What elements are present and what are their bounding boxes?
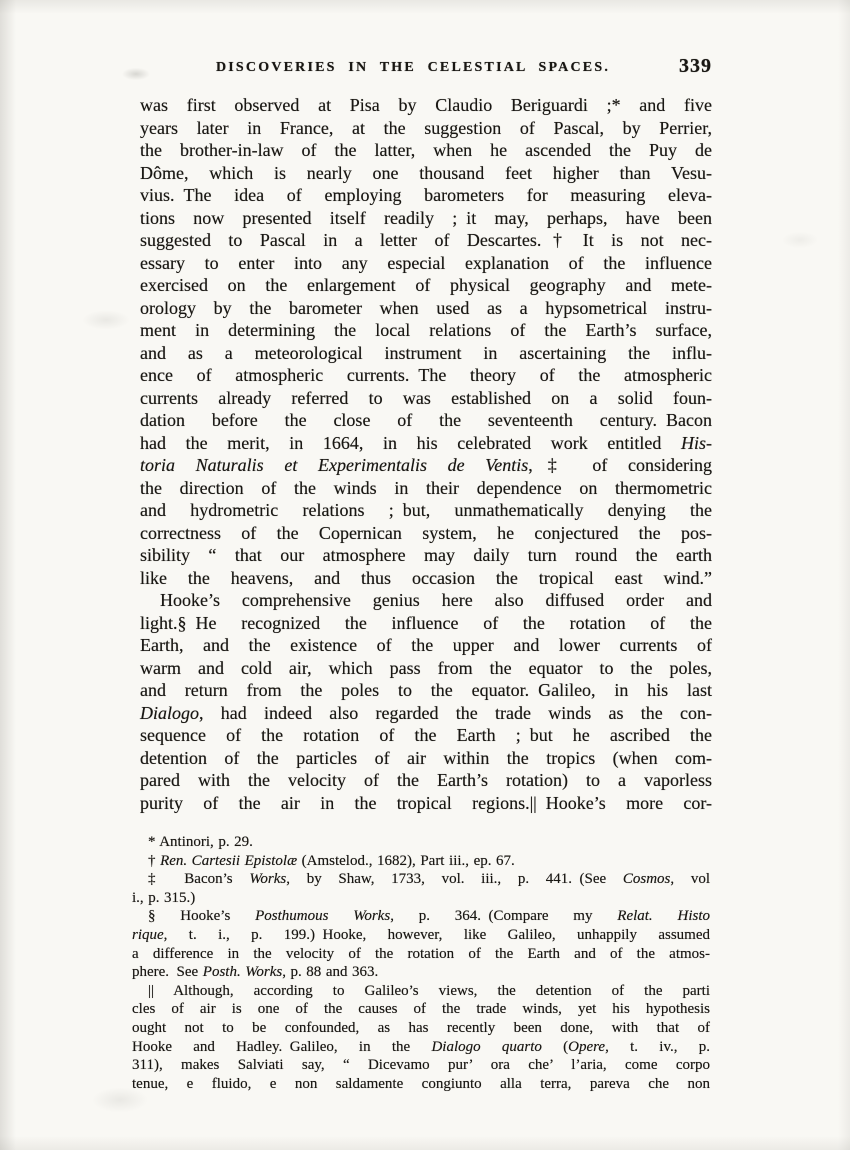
body-text-line: vius. The idea of employing barometers f… <box>140 184 712 207</box>
text-segment: , vol <box>670 871 710 887</box>
italic-text-segment: Dialogo quarto <box>431 1039 541 1055</box>
text-segment: * Antinori, p. 29. <box>148 834 253 850</box>
text-segment: , t. iv., p. <box>605 1039 710 1055</box>
italic-text-segment: Relat. Histo <box>617 908 710 924</box>
text-segment: , t. i., p. 199.) Hooke, however, like G… <box>164 927 710 943</box>
body-text-block: was first observed at Pisa by Claudio Be… <box>140 94 712 814</box>
text-segment: exercised on the enlargement of physical… <box>140 275 712 295</box>
body-text-line: detention of the particles of air within… <box>140 747 712 770</box>
body-text-line: had the merit, in 1664, in his celebrate… <box>140 432 712 455</box>
body-text-line: and hydrometric relations ; but, unmathe… <box>140 499 712 522</box>
text-segment: † <box>148 853 160 869</box>
body-text-line: Earth, and the existence of the upper an… <box>140 634 712 657</box>
text-segment: ought not to be confounded, as has recen… <box>132 1020 710 1036</box>
text-segment: was first observed at Pisa by Claudio Be… <box>140 95 712 115</box>
footnote-line: rique, t. i., p. 199.) Hooke, however, l… <box>132 926 710 945</box>
italic-text-segment: Dialogo <box>140 703 199 723</box>
text-segment: Hooke’s comprehensive genius here also d… <box>160 590 712 610</box>
body-text-line: currents already referred to was establi… <box>140 387 712 410</box>
footnote-line: 311), makes Salviati say, “ Dicevamo pur… <box>132 1056 710 1075</box>
footnote-line: cles of air is one of the causes of the … <box>132 1000 710 1019</box>
body-text-line: and as a meteorological instrument in as… <box>140 342 712 365</box>
text-segment: phere. See <box>132 964 203 980</box>
body-text-line: correctness of the Copernican system, he… <box>140 522 712 545</box>
italic-text-segment: rique <box>132 927 164 943</box>
body-text-line: toria Naturalis et Experimentalis de Ven… <box>140 454 712 477</box>
text-segment: years later in France, at the suggestion… <box>140 118 712 138</box>
text-segment: sibility “ that our atmosphere may daily… <box>140 545 712 565</box>
footnote-line: || Although, according to Galileo’s view… <box>132 982 710 1001</box>
text-segment: dation before the close of the seventeen… <box>140 410 712 430</box>
footnote-line: † Ren. Cartesii Epistolæ (Amstelod., 168… <box>132 852 710 871</box>
footnotes-block: * Antinori, p. 29.† Ren. Cartesii Episto… <box>132 833 710 1093</box>
body-text-line: orology by the barometer when used as a … <box>140 297 712 320</box>
text-segment: like the heavens, and thus occasion the … <box>140 568 712 588</box>
text-segment: sequence of the rotation of the Earth ; … <box>140 725 712 745</box>
text-segment: || Although, according to Galileo’s view… <box>148 983 710 999</box>
body-text-line: sibility “ that our atmosphere may daily… <box>140 544 712 567</box>
footnote-line: a difference in the velocity of the rota… <box>132 945 710 964</box>
text-segment: , p. 364. (Compare my <box>390 908 617 924</box>
italic-text-segment: Ren. Cartesii Epistolæ <box>160 853 297 869</box>
text-segment: and as a meteorological instrument in as… <box>140 343 712 363</box>
body-text-line: like the heavens, and thus occasion the … <box>140 567 712 590</box>
body-text-line: ment in determining the local relations … <box>140 319 712 342</box>
page-header: DISCOVERIES IN THE CELESTIAL SPACES. 339 <box>140 57 712 83</box>
text-segment: ence of atmospheric currents. The theory… <box>140 365 712 385</box>
text-segment: , p. 88 and 363. <box>282 964 378 980</box>
body-text-line: light.§ He recognized the influence of t… <box>140 612 712 635</box>
text-segment: a difference in the velocity of the rota… <box>132 946 710 962</box>
text-segment: warm and cold air, which pass from the e… <box>140 658 712 678</box>
text-segment: suggested to Pascal in a letter of Desca… <box>140 230 712 250</box>
italic-text-segment: Opere <box>568 1039 605 1055</box>
text-segment: Earth, and the existence of the upper an… <box>140 635 712 655</box>
scanned-book-page: DISCOVERIES IN THE CELESTIAL SPACES. 339… <box>0 0 850 1150</box>
text-segment: Hooke and Hadley. Galileo, in the <box>132 1039 431 1055</box>
text-segment: ment in determining the local relations … <box>140 320 712 340</box>
body-text-line: the direction of the winds in their depe… <box>140 477 712 500</box>
footnote-line: ‡ Bacon’s Works, by Shaw, 1733, vol. iii… <box>132 870 710 889</box>
body-text-line: was first observed at Pisa by Claudio Be… <box>140 94 712 117</box>
text-segment: , had indeed also regarded the trade win… <box>199 703 712 723</box>
text-segment: tenue, e fluido, e non saldamente congiu… <box>132 1076 710 1092</box>
text-segment: and hydrometric relations ; but, unmathe… <box>140 500 712 520</box>
text-segment: had the merit, in 1664, in his celebrate… <box>140 433 681 453</box>
text-segment: i., p. 315.) <box>132 890 195 906</box>
footnote-line: i., p. 315.) <box>132 889 710 908</box>
footnote-line: Hooke and Hadley. Galileo, in the Dialog… <box>132 1038 710 1057</box>
body-text-line: purity of the air in the tropical region… <box>140 792 712 815</box>
text-segment: cles of air is one of the causes of the … <box>132 1001 710 1017</box>
text-segment: vius. The idea of employing barometers f… <box>140 185 712 205</box>
page-number: 339 <box>679 55 712 78</box>
text-segment: 311), makes Salviati say, “ Dicevamo pur… <box>132 1057 710 1073</box>
body-text-line: suggested to Pascal in a letter of Desca… <box>140 229 712 252</box>
italic-text-segment: Works <box>249 871 286 887</box>
text-segment: ‡ Bacon’s <box>148 871 249 887</box>
footnote-line: * Antinori, p. 29. <box>132 833 710 852</box>
body-text-line: years later in France, at the suggestion… <box>140 117 712 140</box>
text-segment: orology by the barometer when used as a … <box>140 298 712 318</box>
body-text-line: the brother-in-law of the latter, when h… <box>140 139 712 162</box>
footnote-line: ought not to be confounded, as has recen… <box>132 1019 710 1038</box>
text-segment: the brother-in-law of the latter, when h… <box>140 140 712 160</box>
text-segment: , by Shaw, 1733, vol. iii., p. 441. (See <box>286 871 623 887</box>
footnote-line: § Hooke’s Posthumous Works, p. 364. (Com… <box>132 907 710 926</box>
text-segment: currents already referred to was establi… <box>140 388 712 408</box>
body-text-line: tions now presented itself readily ; it … <box>140 207 712 230</box>
italic-text-segment: Posthumous Works <box>255 908 390 924</box>
footnote-line: tenue, e fluido, e non saldamente congiu… <box>132 1075 710 1094</box>
running-head: DISCOVERIES IN THE CELESTIAL SPACES. <box>140 60 686 76</box>
text-segment: (Amstelod., 1682), Part iii., ep. 67. <box>297 853 515 869</box>
body-text-line: exercised on the enlargement of physical… <box>140 274 712 297</box>
text-segment: detention of the particles of air within… <box>140 748 712 768</box>
body-text-line: Hooke’s comprehensive genius here also d… <box>140 589 712 612</box>
text-segment: Dôme, which is nearly one thousand feet … <box>140 163 712 183</box>
body-text-line: Dôme, which is nearly one thousand feet … <box>140 162 712 185</box>
body-text-line: essary to enter into any especial explan… <box>140 252 712 275</box>
text-segment: and return from the poles to the equator… <box>140 680 712 700</box>
body-text-line: ence of atmospheric currents. The theory… <box>140 364 712 387</box>
text-segment: essary to enter into any especial explan… <box>140 253 712 273</box>
text-segment: § Hooke’s <box>148 908 255 924</box>
italic-text-segment: toria Naturalis et Experimentalis de Ven… <box>140 455 528 475</box>
italic-text-segment: Cosmos <box>623 871 671 887</box>
text-segment: ,‡ of considering <box>528 455 712 475</box>
text-segment: ( <box>542 1039 568 1055</box>
text-segment: the direction of the winds in their depe… <box>140 478 712 498</box>
body-text-line: dation before the close of the seventeen… <box>140 409 712 432</box>
body-text-line: warm and cold air, which pass from the e… <box>140 657 712 680</box>
italic-text-segment: Posth. Works <box>203 964 282 980</box>
body-text-line: pared with the velocity of the Earth’s r… <box>140 769 712 792</box>
body-text-line: Dialogo, had indeed also regarded the tr… <box>140 702 712 725</box>
italic-text-segment: His- <box>681 433 712 453</box>
body-text-line: and return from the poles to the equator… <box>140 679 712 702</box>
text-segment: purity of the air in the tropical region… <box>140 793 712 813</box>
footnote-line: phere. See Posth. Works, p. 88 and 363. <box>132 963 710 982</box>
body-text-line: sequence of the rotation of the Earth ; … <box>140 724 712 747</box>
text-segment: correctness of the Copernican system, he… <box>140 523 712 543</box>
text-segment: pared with the velocity of the Earth’s r… <box>140 770 712 790</box>
text-segment: tions now presented itself readily ; it … <box>140 208 712 228</box>
text-segment: light.§ He recognized the influence of t… <box>140 613 712 633</box>
